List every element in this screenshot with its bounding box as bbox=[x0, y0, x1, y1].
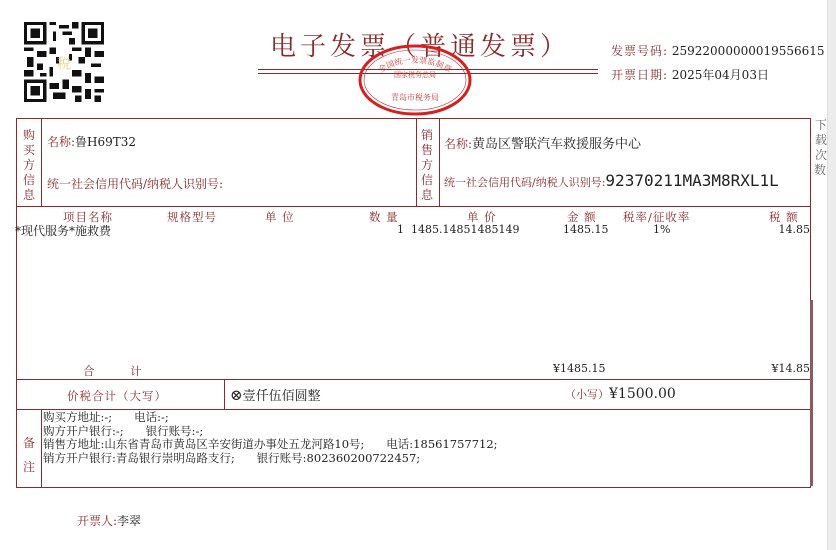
grand-total-label: 价税合计（大写） bbox=[67, 388, 167, 404]
seller-tax-id: 统一社会信用代码/纳税人识别号:92370211MA3M8RXL1L bbox=[444, 171, 779, 190]
svg-text:税: 税 bbox=[57, 55, 71, 72]
svg-text:国家税务总局: 国家税务总局 bbox=[394, 70, 436, 79]
buyer-section-label: 购买方信息 bbox=[22, 128, 36, 203]
svg-text:青岛市税务局: 青岛市税务局 bbox=[391, 92, 439, 102]
issue-date: 开票日期: 2025年04月03日 bbox=[611, 66, 769, 83]
buyer-tax-id: 统一社会信用代码/纳税人识别号: bbox=[47, 175, 223, 192]
invoice-number: 发票号码: 25922000000019556615 bbox=[611, 42, 825, 59]
right-edge-bar bbox=[810, 300, 813, 486]
item-quantity: 1 bbox=[397, 223, 404, 236]
remark-line: 销方开户银行:青岛银行崇明岛路支行; 银行账号:802360200722457; bbox=[43, 452, 498, 466]
col-header-spec: 规格型号 bbox=[167, 209, 217, 225]
official-stamp: 全国统一发票监制章 国家税务总局 青岛市税务局 bbox=[357, 44, 473, 116]
remark-line: 销售方地址:山东省青岛市黄岛区辛安街道办事处五龙河路10号; 电话:185617… bbox=[43, 438, 498, 452]
grand-total-upper: ⊗壹仟伍佰圆整 bbox=[230, 385, 321, 404]
total-tax: ¥14.85 bbox=[772, 362, 811, 375]
total-amount: ¥1485.15 bbox=[553, 362, 606, 375]
circle-x-icon: ⊗ bbox=[230, 386, 243, 404]
item-unit-price: 1485.14851485149 bbox=[411, 223, 519, 236]
item-tax: 14.85 bbox=[779, 223, 811, 236]
seller-name: 名称:黄岛区警联汽车救援服务中心 bbox=[444, 133, 641, 152]
totals-label: 合 计 bbox=[83, 363, 143, 379]
download-count: 下载次数:1 bbox=[814, 118, 828, 178]
col-header-unit: 单 位 bbox=[265, 209, 295, 225]
seller-section-label: 销售方信息 bbox=[420, 128, 434, 203]
item-amount: 1485.15 bbox=[563, 223, 609, 236]
buyer-name: 名称:鲁H69T32 bbox=[47, 133, 136, 150]
item-tax-rate: 1% bbox=[653, 223, 670, 236]
item-name: *现代服务*施救费 bbox=[15, 222, 111, 239]
col-header-quantity: 数 量 bbox=[369, 209, 399, 225]
invoice-table: 购买方信息 名称:鲁H69T32 统一社会信用代码/纳税人识别号: 销售方信息 … bbox=[16, 118, 811, 488]
remark-line: 购买方地址:-; 电话:-; bbox=[43, 411, 498, 425]
remarks-label: 备注 bbox=[22, 431, 36, 479]
remark-line: 购方开户银行:-; 银行账号:-; bbox=[43, 425, 498, 439]
issuer: 开票人:李翠 bbox=[77, 512, 141, 529]
scrollbar[interactable] bbox=[827, 0, 836, 550]
grand-total-lower: （小写）¥1500.00 bbox=[565, 386, 676, 402]
qr-code: 税 bbox=[24, 22, 104, 102]
remarks-content: 购买方地址:-; 电话:-; 购方开户银行:-; 银行账号:-; 销售方地址:山… bbox=[43, 411, 498, 465]
